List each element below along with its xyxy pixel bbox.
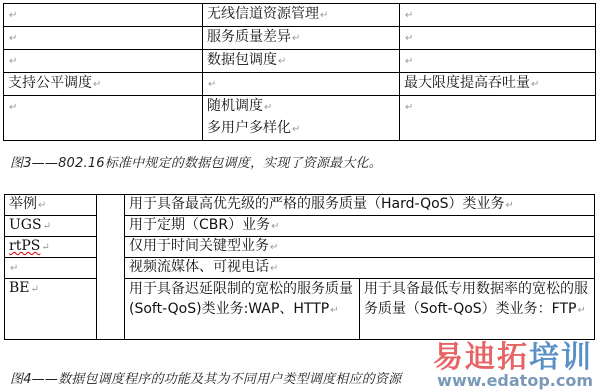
table-cell: ↵: [4, 96, 203, 141]
paragraph-mark-icon: ↵: [208, 79, 216, 90]
paragraph-mark-icon: ↵: [9, 102, 17, 113]
watermark-url: www.edatop.com: [437, 371, 593, 390]
table-row: ↵ 视频流媒体、可视电话↵: [5, 258, 595, 279]
table-row: ↵ 随机调度↵ 多用户多样化↵ ↵: [4, 96, 596, 141]
paragraph-mark-icon: ↵: [320, 10, 328, 21]
table-cell-type: 举例↵: [5, 195, 97, 216]
table-cell: ↵: [400, 27, 596, 50]
paragraph-mark-icon: ↵: [292, 33, 300, 44]
table-cell-desc: 用于具备最高优先级的严格的服务质量（Hard-QoS）类业务↵: [125, 195, 595, 216]
table-cell: 无线信道资源管理↵: [203, 4, 400, 27]
table-row: rtPS↵ 仅用于时间关键型业务↵: [5, 237, 595, 258]
paragraph-mark-icon: ↵: [9, 10, 17, 21]
table-cell: ↵: [400, 4, 596, 27]
watermark-brand: 易迪拓培训: [433, 342, 593, 374]
table-cell: 服务质量差异↵: [203, 27, 400, 50]
table-cell: ↵: [400, 50, 596, 73]
paragraph-mark-icon: ↵: [271, 221, 279, 232]
paragraph-mark-icon: ↵: [330, 305, 338, 316]
table-cell-type: BE↵: [5, 279, 97, 340]
figure3-table: ↵ 无线信道资源管理↵ ↵ ↵ 服务质量差异↵ ↵ ↵ 数据包调度↵ ↵ 支持公…: [3, 3, 596, 141]
figure3-caption: 图3——802.16标准中规定的数据包调度，实现了资源最大化。: [10, 152, 382, 171]
table-row: ↵ 无线信道资源管理↵ ↵: [4, 4, 596, 27]
paragraph-mark-icon: ↵: [278, 56, 286, 67]
paragraph-mark-icon: ↵: [506, 200, 514, 211]
table-cell-desc: 用于定期（CBR）业务↵: [125, 216, 595, 237]
table-row: 支持公平调度↵ ↵ 最大限度提高吞吐量↵: [4, 73, 596, 96]
table-cell-type: ↵: [5, 258, 97, 279]
table-cell: ↵: [4, 4, 203, 27]
paragraph-mark-icon: ↵: [31, 284, 39, 295]
table-cell-desc: 视频流媒体、可视电话↵: [125, 258, 595, 279]
paragraph-mark-icon: ↵: [405, 10, 413, 21]
table-cell-desc-left: 用于具备迟延限制的宽松的服务质量(Soft-QoS)类业务:WAP、HTTP↵: [125, 279, 360, 340]
paragraph-mark-icon: ↵: [38, 200, 46, 211]
table-row: BE↵ 用于具备迟延限制的宽松的服务质量(Soft-QoS)类业务:WAP、HT…: [5, 279, 595, 340]
paragraph-mark-icon: ↵: [270, 263, 278, 274]
paragraph-mark-icon: ↵: [405, 33, 413, 44]
table-row: ↵ 数据包调度↵ ↵: [4, 50, 596, 73]
table-cell-desc-right: 用于具备最低专用数据率的宽松的服务质量（Soft-QoS）类业务：FTP↵: [360, 279, 595, 340]
table-cell-desc: 仅用于时间关键型业务↵: [125, 237, 595, 258]
table-row: 举例↵ 用于具备最高优先级的严格的服务质量（Hard-QoS）类业务↵: [5, 195, 595, 216]
table-row: UGS↵ 用于定期（CBR）业务↵: [5, 216, 595, 237]
paragraph-mark-icon: ↵: [292, 124, 300, 135]
spellcheck-underlined-text: rtPS: [9, 238, 40, 254]
paragraph-mark-icon: ↵: [93, 79, 101, 90]
paragraph-mark-icon: ↵: [41, 242, 49, 253]
table-cell: ↵: [4, 50, 203, 73]
table-cell-type: UGS↵: [5, 216, 97, 237]
table-cell: 随机调度↵ 多用户多样化↵: [203, 96, 400, 141]
paragraph-mark-icon: ↵: [577, 305, 585, 316]
paragraph-mark-icon: ↵: [9, 33, 17, 44]
paragraph-mark-icon: ↵: [10, 263, 18, 274]
figure4-table: 举例↵ 用于具备最高优先级的严格的服务质量（Hard-QoS）类业务↵ UGS↵…: [4, 194, 595, 340]
table-cell: 最大限度提高吞吐量↵: [400, 73, 596, 96]
figure4-caption: 图4——数据包调度程序的功能及其为不同用户类型调度相应的资源: [10, 368, 401, 387]
spacer-column: [97, 195, 125, 340]
paragraph-mark-icon: ↵: [9, 56, 17, 67]
table-cell: ↵: [203, 73, 400, 96]
table-row: ↵ 服务质量差异↵ ↵: [4, 27, 596, 50]
table-cell: 支持公平调度↵: [4, 73, 203, 96]
table-cell: ↵: [400, 96, 596, 141]
paragraph-mark-icon: ↵: [264, 102, 272, 113]
watermark-logo: 易迪拓培训 www.edatop.com: [433, 342, 593, 391]
paragraph-mark-icon: ↵: [405, 102, 413, 113]
table-cell: ↵: [4, 27, 203, 50]
table-cell-type: rtPS↵: [5, 237, 97, 258]
table-cell: 数据包调度↵: [203, 50, 400, 73]
paragraph-mark-icon: ↵: [405, 56, 413, 67]
paragraph-mark-icon: ↵: [270, 242, 278, 253]
paragraph-mark-icon: ↵: [43, 221, 51, 232]
paragraph-mark-icon: ↵: [531, 79, 539, 90]
